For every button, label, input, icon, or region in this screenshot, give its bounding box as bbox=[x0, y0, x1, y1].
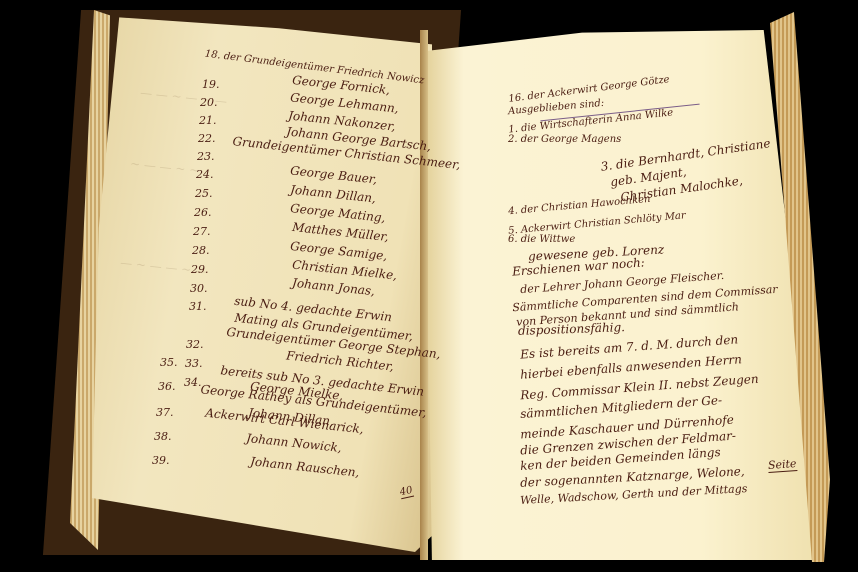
signature-mark: Seite bbox=[768, 457, 797, 473]
entry-number: 21. bbox=[199, 114, 217, 127]
text-line: 2. der George Magens bbox=[508, 134, 621, 145]
entry-number: 20. bbox=[200, 96, 218, 109]
entry-number: 33. bbox=[185, 357, 203, 370]
entry-number: 34. bbox=[184, 376, 202, 389]
entry-number: 31. bbox=[189, 300, 207, 313]
entry-number: 19. bbox=[202, 78, 220, 91]
entry-number: 28. bbox=[192, 244, 210, 257]
entry-number: 23. bbox=[197, 150, 215, 163]
entry-number: 30. bbox=[190, 282, 208, 295]
entry-number: 39. bbox=[152, 454, 170, 467]
entry-number: 38. bbox=[154, 430, 172, 443]
book-gutter bbox=[420, 30, 428, 560]
text-line: 6. die Wittwe bbox=[508, 234, 575, 245]
entry-number: 22. bbox=[198, 132, 216, 145]
entry-number: 32. bbox=[186, 338, 204, 351]
entry-number: 37. bbox=[156, 406, 174, 419]
entry-number: 25. bbox=[195, 187, 213, 200]
open-ledger-photo: — — ~ — ~ — ~ — — ~ ~ — ~ — — ~ — 18. de… bbox=[0, 0, 858, 572]
entry-number: 36. bbox=[158, 380, 176, 393]
entry-number: 35. bbox=[160, 356, 178, 369]
entry-number: 24. bbox=[196, 168, 214, 181]
entry-number: 26. bbox=[194, 206, 212, 219]
entry-number: 29. bbox=[191, 263, 209, 276]
entry-number: 27. bbox=[193, 225, 211, 238]
